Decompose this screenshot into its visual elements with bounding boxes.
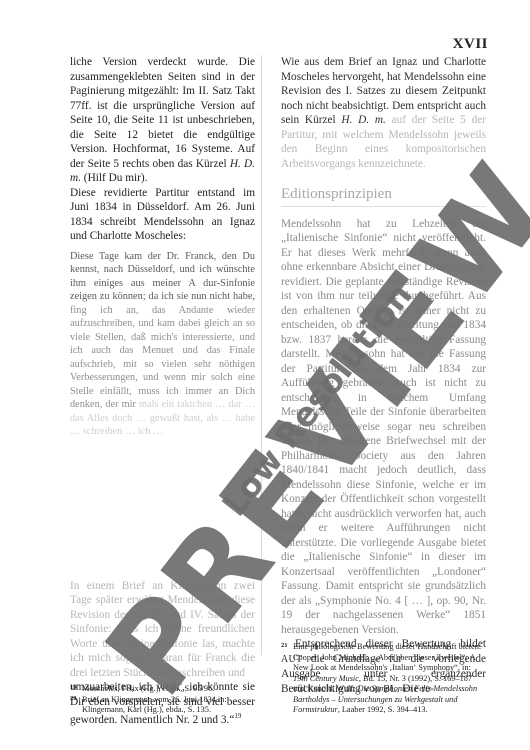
page-number: XVII: [443, 36, 488, 53]
left-paragraph-1-tail: (Hilf Du mir).: [81, 172, 148, 184]
left-column: liche Version verdeckt wurde. Die zusamm…: [70, 55, 255, 727]
column-divider: [261, 55, 262, 655]
footnote-19: 19 Moscheles, Felix (Hg.), ebda., S. 95/…: [70, 684, 265, 695]
abbreviation-hdm-right: H. D. m.: [341, 114, 385, 126]
footnote-mark: 19: [70, 683, 77, 694]
left-footnotes: 19 Moscheles, Felix (Hg.), ebda., S. 95/…: [70, 684, 265, 716]
letter-quote: Diese Tage kam der Dr. Franck, den Du ke…: [70, 250, 255, 439]
right-footnotes: 21 Eine philologische Bewertung dieser H…: [281, 642, 486, 716]
footnote-text: , Laaber 1992, S. 394–413.: [338, 705, 428, 714]
footnote-text: Moscheles, Felix (Hg.), ebda., S. 95/96.: [82, 684, 214, 693]
right-column: Wie aus dem Brief an Ignaz und Charlotte…: [281, 55, 486, 697]
quote-line-1: Diese Tage kam der Dr. Franck, den Du ke…: [70, 251, 255, 303]
footnote-mark: 21: [281, 641, 288, 652]
footnote-journal-title: 19th Century Music: [293, 674, 359, 683]
faded-region: [70, 439, 255, 579]
left-paragraph-3: In einem Brief an Klingemann zwei Tage s…: [70, 579, 255, 681]
footnote-20: 20 Brief an Klingemann vom 26. Juni 1834…: [70, 695, 265, 716]
footnote-text: Brief an Klingemann vom 26. Juni 1834 in…: [82, 695, 227, 715]
section-heading-editionsprinzipien: Editionsprinzipien: [281, 187, 486, 207]
footnote-21: 21 Eine philologische Bewertung dieser H…: [281, 642, 486, 716]
footnote-mark: 20: [70, 694, 77, 705]
left-paragraph-1-text: liche Version verdeckt wurde. Die zusamm…: [70, 56, 255, 170]
right-paragraph-2: Mendelssohn hat zu Lebzeiten die „Italie…: [281, 217, 486, 638]
left-paragraph-1: liche Version verdeckt wurde. Die zusamm…: [70, 55, 255, 186]
footnote-text: Eine philologische Bewertung dieser Hand…: [293, 642, 481, 672]
left-paragraph-2: Diese revidierte Partitur entstand im Ju…: [70, 186, 255, 244]
right-paragraph-1: Wie aus dem Brief an Ignaz und Charlotte…: [281, 55, 486, 171]
